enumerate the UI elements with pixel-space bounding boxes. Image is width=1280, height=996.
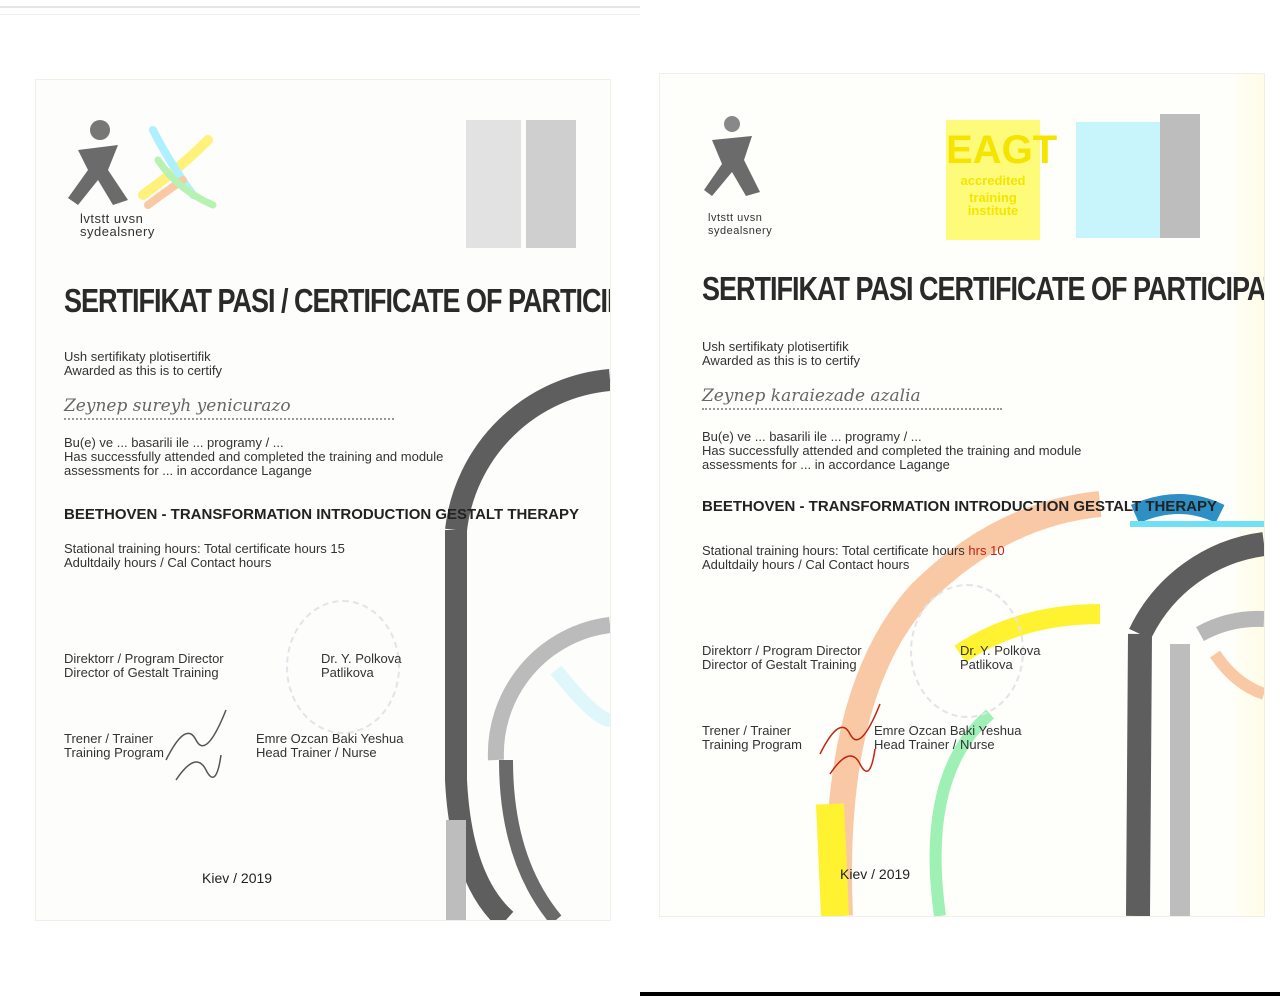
- eagt-logo-line-1: accredited: [946, 174, 1040, 187]
- page-top-rule: [0, 6, 640, 8]
- certificate-title: SERTIFIKAT PASI / CERTIFICATE OF PARTICI…: [64, 282, 610, 321]
- signatory-2-name-line-2: Head Trainer / Nurse: [874, 738, 1021, 752]
- logo-caption-line-2: sydealsnery: [80, 225, 155, 238]
- body-line-1: Bu(e) ve ... basarili ile ... programy /…: [702, 430, 1081, 444]
- signatory-2-role-line-2: Training Program: [64, 746, 164, 760]
- intro-line-2: Awarded as this is to certify: [702, 354, 860, 368]
- certificate-right: lvtstt uvsn sydealsnery EAGT accredited …: [660, 74, 1264, 916]
- signatory-2-role-line-1: Trener / Trainer: [64, 732, 164, 746]
- eagt-logo-line-2: training institute: [946, 191, 1040, 217]
- signatory-1-role-line-2: Director of Gestalt Training: [64, 666, 224, 680]
- signatory-1-role: Direktorr / Program Director Director of…: [702, 644, 862, 672]
- logo-caption: lvtstt uvsn sydealsnery: [708, 212, 772, 238]
- europe-seal-logo: [1160, 114, 1200, 238]
- hours-details: Stational training hours: Total certific…: [64, 542, 345, 570]
- europe-logo: [526, 120, 576, 248]
- signatory-1-name-line-2: Patlikova: [960, 658, 1040, 672]
- signatory-2-role-line-1: Trener / Trainer: [702, 724, 802, 738]
- signatory-2-role: Trener / Trainer Training Program: [64, 732, 164, 760]
- eagt-accreditation-logo: EAGT accredited training institute: [946, 120, 1040, 240]
- eagt-logo: [466, 120, 521, 248]
- body-line-2: Has successfully attended and completed …: [64, 450, 443, 464]
- intro-line-1: Ush sertifikaty plotisertifik: [702, 340, 860, 354]
- signatory-1-name: Dr. Y. Polkova Patlikova: [321, 652, 401, 680]
- body-line-2: Has successfully attended and completed …: [702, 444, 1081, 458]
- signatory-2-role-line-2: Training Program: [702, 738, 802, 752]
- program-name: BEETHOVEN - TRANSFORMATION INTRODUCTION …: [702, 498, 1217, 515]
- signatory-1-name-line-1: Dr. Y. Polkova: [321, 652, 401, 666]
- signatory-1-name-line-1: Dr. Y. Polkova: [960, 644, 1040, 658]
- details-line-2: Adultdaily hours / Cal Contact hours: [64, 556, 345, 570]
- signatory-1-name: Dr. Y. Polkova Patlikova: [960, 644, 1040, 672]
- logo-caption: lvtstt uvsn sydealsnery: [80, 212, 155, 238]
- signatory-2-name-line-1: Emre Ozcan Baki Yeshua: [874, 724, 1021, 738]
- signature-scribble: [156, 700, 236, 790]
- details-line-2: Adultdaily hours / Cal Contact hours: [702, 558, 1005, 572]
- hours-details: Stational training hours: Total certific…: [702, 544, 1005, 572]
- program-name: BEETHOVEN - TRANSFORMATION INTRODUCTION …: [64, 506, 579, 523]
- signatory-1-name-line-2: Patlikova: [321, 666, 401, 680]
- body-text: Bu(e) ve ... basarili ile ... programy /…: [64, 436, 443, 478]
- signatory-1-role-line-2: Director of Gestalt Training: [702, 658, 862, 672]
- body-line-3: assessments for ... in accordance Lagang…: [64, 464, 443, 478]
- details-line-1: Stational training hours: Total certific…: [64, 542, 345, 556]
- eagt-logo-title: EAGT: [946, 130, 1040, 170]
- signatory-1-role-line-1: Direktorr / Program Director: [64, 652, 224, 666]
- signatory-2-name-line-1: Emre Ozcan Baki Yeshua: [256, 732, 403, 746]
- signatory-2-name-line-2: Head Trainer / Nurse: [256, 746, 403, 760]
- logo-caption-line-2: sydealsnery: [708, 225, 772, 238]
- issue-date: Kiev / 2019: [840, 866, 910, 882]
- signatory-2-name: Emre Ozcan Baki Yeshua Head Trainer / Nu…: [256, 732, 403, 760]
- recipient-name: Zeynep sureyh yenicurazo: [64, 396, 394, 420]
- body-line-1: Bu(e) ve ... basarili ile ... programy /…: [64, 436, 443, 450]
- intro-line-2: Awarded as this is to certify: [64, 364, 222, 378]
- issue-date: Kiev / 2019: [202, 870, 272, 886]
- page-top-rule-2: [0, 14, 640, 15]
- intro-line-1: Ush sertifikaty plotisertifik: [64, 350, 222, 364]
- recipient-name: Zeynep karaiezade azalia: [702, 386, 1002, 410]
- certificate-left: lvtstt uvsn sydealsnery SERTIFIKAT PASI …: [36, 80, 610, 920]
- institute-logo-icon: [58, 110, 238, 220]
- bottom-black-bar: [640, 992, 1280, 996]
- europe-map-logo: [1076, 122, 1160, 238]
- hours-highlight: hrs 10: [968, 543, 1004, 558]
- certificate-title: SERTIFIKAT PASI CERTIFICATE OF PARTICIPA…: [702, 270, 1264, 309]
- signatory-2-name: Emre Ozcan Baki Yeshua Head Trainer / Nu…: [874, 724, 1021, 752]
- signatory-2-role: Trener / Trainer Training Program: [702, 724, 802, 752]
- intro-text: Ush sertifikaty plotisertifik Awarded as…: [64, 350, 222, 378]
- intro-text: Ush sertifikaty plotisertifik Awarded as…: [702, 340, 860, 368]
- signatory-1-role: Direktorr / Program Director Director of…: [64, 652, 224, 680]
- signatory-1-role-line-1: Direktorr / Program Director: [702, 644, 862, 658]
- logo-caption-line-1: lvtstt uvsn: [708, 212, 772, 225]
- body-text: Bu(e) ve ... basarili ile ... programy /…: [702, 430, 1081, 472]
- body-line-3: assessments for ... in accordance Lagang…: [702, 458, 1081, 472]
- details-line-1: Stational training hours: Total certific…: [702, 543, 965, 558]
- institute-logo-icon: [690, 110, 780, 210]
